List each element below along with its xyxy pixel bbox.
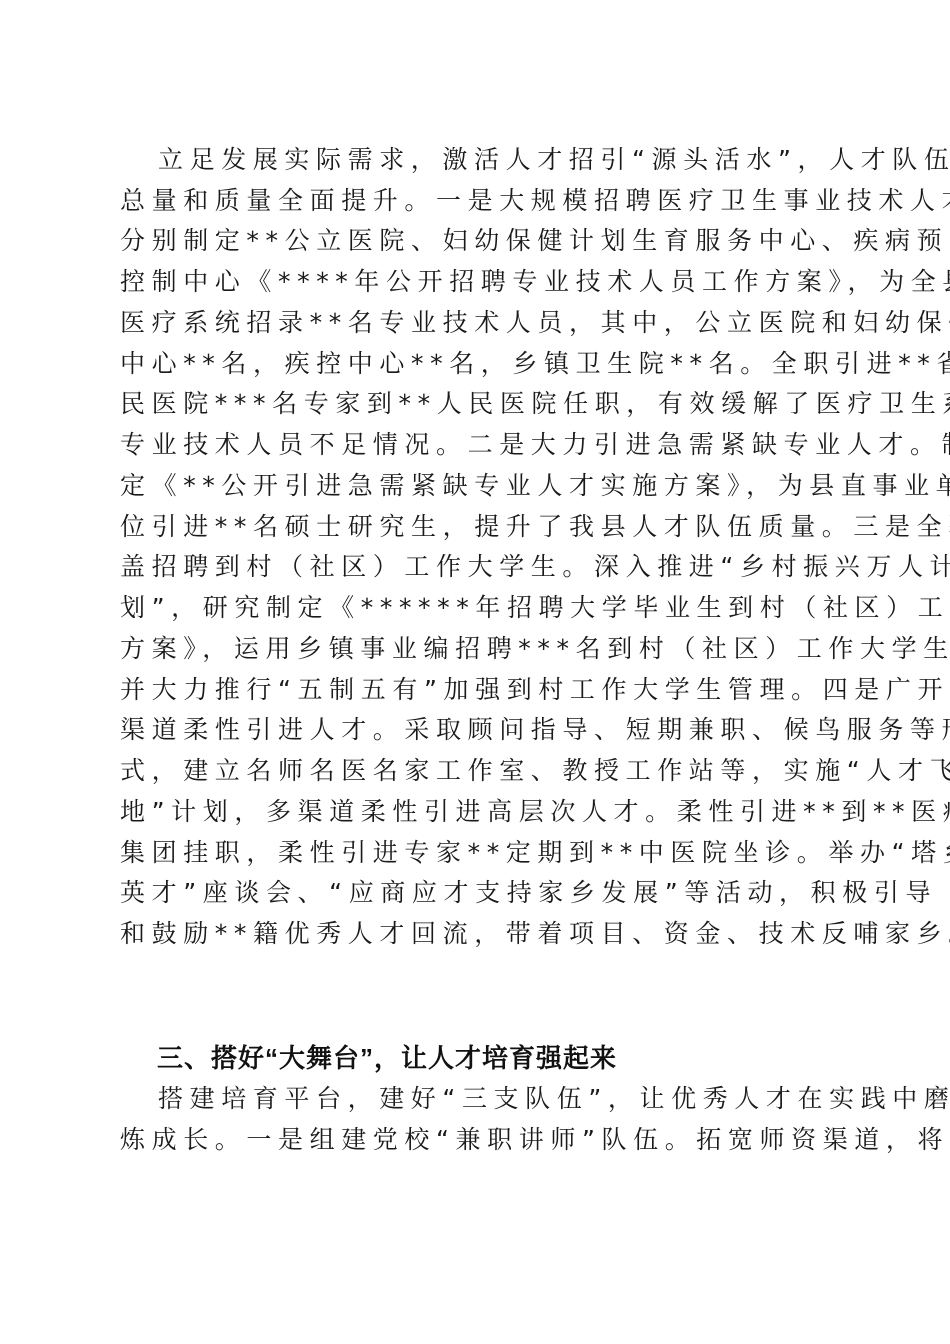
- text-line: 总量和质量全面提升。一是大规模招聘医疗卫生事业技术人才。: [120, 181, 840, 221]
- text-line: 专业技术人员不足情况。二是大力引进急需紧缺专业人才。制: [120, 425, 840, 465]
- document-page: 立足发展实际需求，激活人才招引“源头活水”，人才队伍 总量和质量全面提升。一是大…: [0, 0, 950, 1344]
- text-line: 定《**公开引进急需紧缺专业人才实施方案》，为县直事业单: [120, 466, 840, 506]
- text-line: 立足发展实际需求，激活人才招引“源头活水”，人才队伍: [158, 140, 878, 180]
- text-line: 民医院***名专家到**人民医院任职，有效缓解了医疗卫生系统: [120, 384, 840, 424]
- text-line: 和鼓励**籍优秀人才回流，带着项目、资金、技术反哺家乡。: [120, 914, 840, 954]
- text-line: 医疗系统招录**名专业技术人员，其中，公立医院和妇幼保健: [120, 303, 840, 343]
- text-line: 控制中心《****年公开招聘专业技术人员工作方案》，为全县: [120, 262, 840, 302]
- text-line: 渠道柔性引进人才。采取顾问指导、短期兼职、候鸟服务等形: [120, 710, 840, 750]
- text-line: 英才”座谈会、“应商应才支持家乡发展”等活动，积极引导: [120, 873, 840, 913]
- text-line: 炼成长。一是组建党校“兼职讲师”队伍。拓宽师资渠道，将: [120, 1120, 840, 1160]
- text-line: 地”计划，多渠道柔性引进高层次人才。柔性引进**到**医疗: [120, 792, 840, 832]
- text-line: 划”，研究制定《******年招聘大学毕业生到村（社区）工作: [120, 588, 840, 628]
- text-line: 中心**名，疾控中心**名，乡镇卫生院**名。全职引进**省人: [120, 344, 840, 384]
- section-heading: 三、搭好“大舞台”，让人才培育强起来: [157, 1038, 617, 1078]
- text-line: 盖招聘到村（社区）工作大学生。深入推进“乡村振兴万人计: [120, 547, 840, 587]
- text-line: 式，建立名师名医名家工作室、教授工作站等，实施“人才飞: [120, 751, 840, 791]
- text-line: 位引进**名硕士研究生，提升了我县人才队伍质量。三是全覆: [120, 507, 840, 547]
- text-line: 并大力推行“五制五有”加强到村工作大学生管理。四是广开: [120, 670, 840, 710]
- text-line: 搭建培育平台，建好“三支队伍”，让优秀人才在实践中磨: [158, 1079, 878, 1119]
- text-line: 分别制定**公立医院、妇幼保健计划生育服务中心、疾病预防: [120, 221, 840, 261]
- text-line: 集团挂职，柔性引进专家**定期到**中医院坐诊。举办“塔乡: [120, 833, 840, 873]
- text-line: 方案》，运用乡镇事业编招聘***名到村（社区）工作大学生，: [120, 629, 840, 669]
